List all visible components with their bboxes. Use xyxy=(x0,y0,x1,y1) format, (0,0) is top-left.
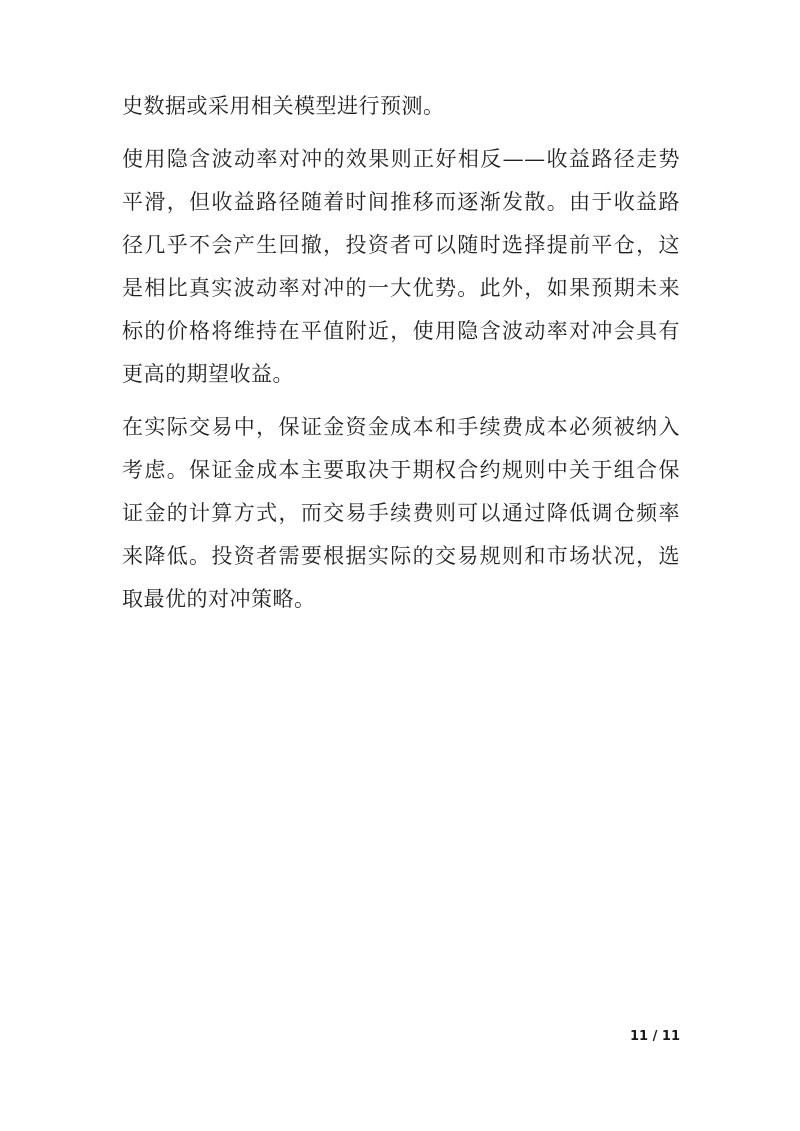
paragraph-1: 史数据或采用相关模型进行预测。 xyxy=(122,85,680,128)
document-page: 史数据或采用相关模型进行预测。 使用隐含波动率对冲的效果则正好相反——收益路径走… xyxy=(0,0,800,1131)
page-content: 史数据或采用相关模型进行预测。 使用隐含波动率对冲的效果则正好相反——收益路径走… xyxy=(122,85,680,631)
page-number: 11 / 11 xyxy=(122,1029,680,1044)
paragraph-3: 在实际交易中，保证金资金成本和手续费成本必须被纳入考虑。保证金成本主要取决于期权… xyxy=(122,406,680,621)
paragraph-2: 使用隐含波动率对冲的效果则正好相反——收益路径走势平滑，但收益路径随着时间推移而… xyxy=(122,138,680,396)
